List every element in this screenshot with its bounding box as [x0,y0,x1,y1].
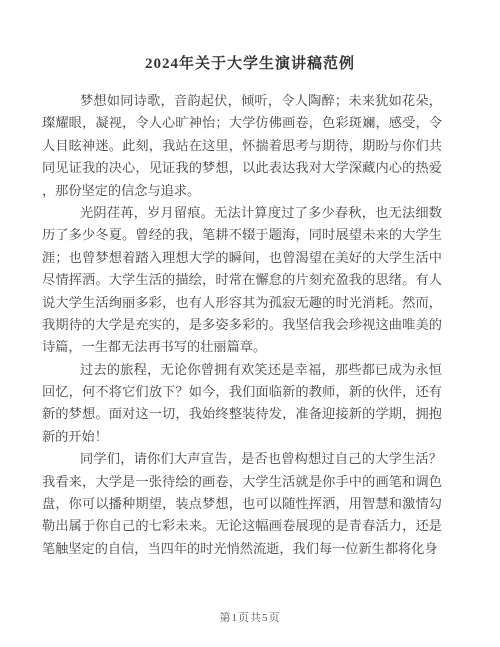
paragraph: 同学们，请你们大声宣告，是否也曾构想过自己的大学生活？在我看来，大学是一张待绘的… [42,448,442,560]
text-line: 同学们，请你们大声宣告，是否也曾构想过自己的大学生活？在 [42,448,442,470]
paragraph: 梦想如同诗歌，音韵起伏，倾听，令人陶醉；未来犹如花朵，璀璨耀眼，凝视，令人心旷神… [42,90,442,202]
document-body: 梦想如同诗歌，音韵起伏，倾听，令人陶醉；未来犹如花朵，璀璨耀眼，凝视，令人心旷神… [42,90,442,560]
text-line: 勒出属于你自己的七彩未来。无论这幅画卷展现的是青春活力，还是 [42,515,442,537]
text-line: 过去的旅程，无论你曾拥有欢笑还是幸福，那些都已成为永恒的 [42,359,442,381]
text-line: 璨耀眼，凝视，令人心旷神怡；大学仿佛画卷，色彩斑斓，感受，令 [42,112,442,134]
text-line: 梦想如同诗歌，音韵起伏，倾听，令人陶醉；未来犹如花朵，璀 [42,90,442,112]
text-line: 历了多少冬夏。曾经的我，笔耕不辍于题海，同时展望未来的大学生 [42,224,442,246]
paragraph: 过去的旅程，无论你曾拥有欢笑还是幸福，那些都已成为永恒的回忆，何不将它们放下？如… [42,359,442,449]
text-line: 说大学生活绚丽多彩，也有人形容其为孤寂无趣的时光消耗。然而， [42,292,442,314]
text-line: 新的梦想。面对这一切，我始终整装待发，准备迎接新的学期，拥抱 [42,403,442,425]
text-line: 回忆，何不将它们放下？如今，我们面临新的教师，新的伙伴，还有 [42,381,442,403]
text-line: 同见证我的决心，见证我的梦想，以此表达我对大学深藏内心的热爱 [42,157,442,179]
page-number-label: 第1页共5页 [220,612,281,624]
text-line: 人目眩神迷。此刻，我站在这里，怀揣着思考与期待，期盼与你们共 [42,135,442,157]
text-line: 尽情挥洒。大学生活的描绘，时常在懈怠的片刻充盈我的思绪。有人 [42,269,442,291]
text-line: ，那份坚定的信念与追求。 [42,180,442,202]
text-line: 盘，你可以播种期望，装点梦想，也可以随性挥洒，用智慧和激情勾 [42,493,442,515]
document-page: 2024年关于大学生演讲稿范例 梦想如同诗歌，音韵起伏，倾听，令人陶醉；未来犹如… [0,0,500,647]
text-line: 笔触坚定的自信，当四年的时光悄然流逝，我们每一位新生都将化身 [42,538,442,560]
text-line: 光阴荏苒，岁月留痕。无法计算度过了多少春秋，也无法细数经 [42,202,442,224]
page-footer: 第1页共5页 [0,609,500,625]
text-line: 我看来，大学是一张待绘的画卷，大学生活就是你手中的画笔和调色 [42,471,442,493]
page-title: 2024年关于大学生演讲稿范例 [0,0,500,73]
text-line: 诗篇，一生都无法再书写的壮丽篇章。 [42,336,442,358]
text-line: 新的开始！ [42,426,442,448]
text-line: 我期待的大学是充实的，是多姿多彩的。我坚信我会珍视这曲唯美的 [42,314,442,336]
paragraph: 光阴荏苒，岁月留痕。无法计算度过了多少春秋，也无法细数经历了多少冬夏。曾经的我，… [42,202,442,359]
text-line: 涯；也曾梦想着踏入理想大学的瞬间，也曾渴望在美好的大学生活中 [42,247,442,269]
